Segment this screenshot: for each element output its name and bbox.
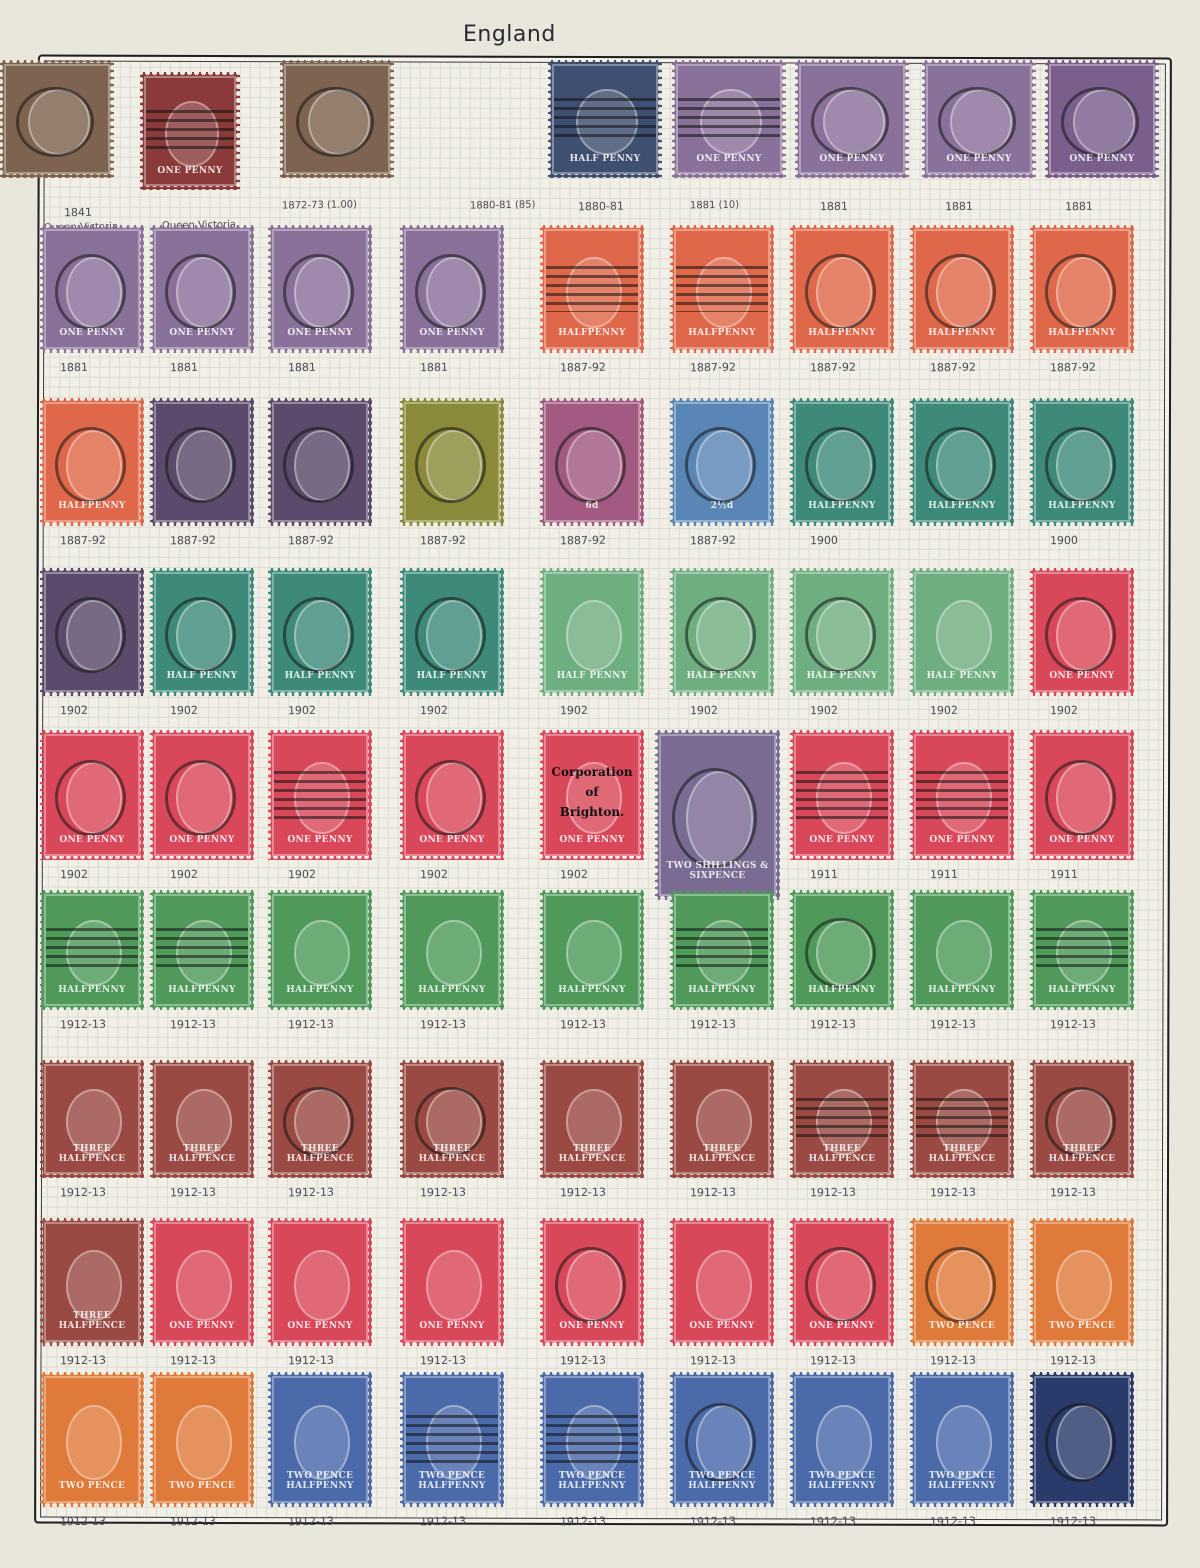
stamp-design: ONE PENNY: [44, 229, 140, 349]
stamp: HALF PENNY: [910, 568, 1014, 696]
stamp-year-label: 1912-13: [170, 1515, 216, 1529]
stamp-design: ONE PENNY: [1034, 572, 1130, 692]
stamp-year-label: 1881 (10): [690, 200, 739, 212]
stamp-design: ONE PENNY: [154, 1222, 250, 1342]
stamp-year-label: 1912-13: [690, 1018, 736, 1032]
postmark-ring-icon: [415, 427, 485, 503]
monarch-portrait-icon: [426, 920, 482, 987]
stamp: ONE PENNY: [268, 1218, 372, 1346]
monarch-portrait-icon: [1056, 1250, 1112, 1321]
stamp-denomination: ONE PENNY: [156, 1321, 248, 1331]
stamp-year-label: 1912-13: [810, 1354, 856, 1368]
stamp-design: ONE PENNY: [154, 734, 250, 856]
stamp-year-label: 1912-13: [560, 1515, 606, 1529]
stamp: ONE PENNY: [790, 730, 894, 860]
stamp: ONE PENNY: [400, 225, 504, 353]
stamp: HALFPENNY: [540, 890, 644, 1010]
stamp: ONE PENNY: [150, 730, 254, 860]
stamp-denomination: ONE PENNY: [406, 328, 498, 338]
stamp-year-label: 1902: [288, 704, 316, 717]
postmark-ring-icon: [165, 760, 235, 837]
stamp: THREE HALFPENCE: [910, 1060, 1014, 1178]
stamp-year-label: 1912-13: [690, 1186, 736, 1200]
monarch-portrait-icon: [294, 920, 350, 987]
stamp-denomination: HALFPENNY: [916, 328, 1008, 338]
stamp-denomination: THREE HALFPENCE: [546, 1144, 638, 1164]
stamp-denomination: ONE PENNY: [678, 154, 780, 164]
stamp-denomination: HALF PENNY: [916, 671, 1008, 681]
stamp-year-label: 1880-81 (85): [470, 199, 536, 211]
postmark-ring-icon: [925, 254, 995, 330]
stamp-denomination: THREE HALFPENCE: [406, 1144, 498, 1164]
stamp-design: ONE PENNY: [544, 1222, 640, 1342]
stamp-denomination: ONE PENNY: [274, 835, 366, 845]
stamp-year-label: 1912-13: [560, 1354, 606, 1368]
stamp-year-label: 1881: [945, 200, 973, 213]
stamp-year-label: 1887-92: [560, 361, 606, 375]
postmark-ring-icon: [1045, 427, 1115, 503]
stamp-design: THREE HALFPENCE: [272, 1064, 368, 1174]
stamp: HALFPENNY: [400, 890, 504, 1010]
stamp-denomination: HALFPENNY: [1036, 985, 1128, 995]
stamp: ONE PENNY: [40, 225, 144, 353]
monarch-portrait-icon: [294, 1405, 350, 1480]
stamp-design: ONE PENNY: [272, 734, 368, 856]
stamp-year-label: 1912-13: [288, 1354, 334, 1368]
stamp-design: HALFPENNY: [154, 894, 250, 1006]
stamp: TWO PENCE HALFPENNY: [790, 1372, 894, 1507]
stamp: HALFPENNY: [910, 890, 1014, 1010]
stamp: HALFPENNY: [910, 225, 1014, 353]
stamp: ONE PENNY: [150, 1218, 254, 1346]
stamp-design: HALFPENNY: [914, 402, 1010, 522]
stamp-denomination: HALFPENNY: [46, 985, 138, 995]
postmark-bars-icon: [676, 266, 768, 312]
stamp-year-label: 1912-13: [1050, 1018, 1096, 1032]
stamp-year-label: 1912-13: [60, 1018, 106, 1032]
monarch-portrait-icon: [176, 1405, 232, 1480]
stamp-denomination: TWO SHILLINGS & SIXPENCE: [661, 861, 774, 881]
postmark-ring-icon: [1045, 597, 1115, 673]
postmark-ring-icon: [165, 427, 235, 503]
postmark-ring-icon: [283, 427, 353, 503]
stamp: ONE PENNY: [400, 1218, 504, 1346]
stamp: HALFPENNY: [1030, 225, 1134, 353]
postmark-bars-icon: [916, 771, 1008, 818]
stamp-design: ONE PENNY: [272, 229, 368, 349]
stamp-design: HALFPENNY: [1034, 402, 1130, 522]
postmark-ring-icon: [55, 254, 125, 330]
monarch-portrait-icon: [936, 600, 992, 671]
stamp: ONE PENNY: [1030, 730, 1134, 860]
stamp-design: TWO PENCE HALFPENNY: [794, 1376, 890, 1503]
stamp-year-label: 1881: [820, 200, 848, 213]
stamp-year-label: 1887-92: [170, 534, 216, 548]
stamp-design: HALF PENNY: [552, 64, 658, 174]
stamp-denomination: HALFPENNY: [676, 985, 768, 995]
monarch-portrait-icon: [936, 920, 992, 987]
postmark-ring-icon: [55, 760, 125, 837]
stamp-design: [154, 402, 250, 522]
stamp-denomination: THREE HALFPENCE: [46, 1311, 138, 1331]
stamp-denomination: THREE HALFPENCE: [676, 1144, 768, 1164]
stamp-design: HALFPENNY: [674, 894, 770, 1006]
stamp-design: ONE PENNY: [794, 1222, 890, 1342]
stamp-design: HALFPENNY: [272, 894, 368, 1006]
stamp-design: THREE HALFPENCE: [404, 1064, 500, 1174]
stamp-denomination: THREE HALFPENCE: [46, 1144, 138, 1164]
stamp-design: ONE PENNY: [794, 734, 890, 856]
postmark-bars-icon: [676, 928, 768, 971]
stamp-denomination: HALF PENNY: [554, 154, 656, 164]
stamp-denomination: ONE PENNY: [1051, 154, 1153, 164]
stamp-year-label: 1912-13: [420, 1186, 466, 1200]
postmark-bars-icon: [554, 98, 656, 140]
stamp-design: [272, 402, 368, 522]
stamp-year-label: 1902: [810, 704, 838, 717]
stamp: [150, 398, 254, 526]
stamp-denomination: TWO PENCE HALFPENNY: [916, 1471, 1008, 1491]
monarch-portrait-icon: [566, 600, 622, 671]
stamp-denomination: HALFPENNY: [796, 501, 888, 511]
stamp-design: [4, 64, 110, 174]
stamp-year-label: 1887-92: [690, 534, 736, 548]
monarch-portrait-icon: [936, 1405, 992, 1480]
postmark-ring-icon: [1061, 87, 1138, 157]
stamp-denomination: ONE PENNY: [801, 154, 903, 164]
stamp-denomination: TWO PENCE: [46, 1481, 138, 1491]
stamp: TWO PENCE: [150, 1372, 254, 1507]
stamp-denomination: ONE PENNY: [274, 328, 366, 338]
stamp: TWO SHILLINGS & SIXPENCE: [655, 730, 780, 900]
stamp-denomination: ONE PENNY: [146, 166, 234, 176]
stamp-design: [44, 572, 140, 692]
postmark-ring-icon: [165, 597, 235, 673]
stamp: ONE PENNY: [1030, 568, 1134, 696]
postmark-ring-icon: [55, 427, 125, 503]
stamp: ONE PENNY: [400, 730, 504, 860]
stamp-denomination: TWO PENCE HALFPENNY: [796, 1471, 888, 1491]
stamp-design: HALF PENNY: [404, 572, 500, 692]
stamp-year-label: 1912-13: [170, 1186, 216, 1200]
postmark-ring-icon: [555, 1247, 625, 1323]
postmark-bars-icon: [274, 771, 366, 818]
stamp-year-label: 1841: [64, 206, 92, 219]
stamp-year-label: 1912-13: [420, 1354, 466, 1368]
stamp-design: TWO PENCE HALFPENNY: [544, 1376, 640, 1503]
postmark-bars-icon: [146, 110, 234, 152]
stamp-denomination: ONE PENNY: [546, 835, 638, 845]
stamp-denomination: HALFPENNY: [546, 985, 638, 995]
stamp-design: HALFPENNY: [914, 229, 1010, 349]
stamp: ONE PENNY: [790, 1218, 894, 1346]
postmark-ring-icon: [415, 597, 485, 673]
postmark-bars-icon: [406, 1415, 498, 1464]
stamp-denomination: HALFPENNY: [406, 985, 498, 995]
stamp-year-label: 1902: [420, 868, 448, 881]
monarch-portrait-icon: [176, 1250, 232, 1321]
stamp-denomination: HALFPENNY: [46, 501, 138, 511]
page-title: England: [463, 22, 556, 47]
stamp-design: HALFPENNY: [44, 402, 140, 522]
stamp-year-label: 1912-13: [420, 1018, 466, 1032]
postmark-ring-icon: [925, 427, 995, 503]
stamp-denomination: HALFPENNY: [1036, 328, 1128, 338]
stamp-denomination: ONE PENNY: [546, 1321, 638, 1331]
stamp: [0, 60, 114, 178]
stamp-year-label: 1912-13: [288, 1018, 334, 1032]
stamp-year-label: 1887-92: [690, 361, 736, 375]
stamp-denomination: ONE PENNY: [1036, 671, 1128, 681]
stamp-year-label: 1902: [288, 868, 316, 881]
stamp-design: TWO PENCE: [44, 1376, 140, 1503]
stamp-year-label: 1902: [690, 704, 718, 717]
stamp-denomination: TWO PENCE HALFPENNY: [546, 1471, 638, 1491]
stamp: TWO PENCE: [40, 1372, 144, 1507]
stamp-year-label: 1911: [930, 868, 958, 881]
stamp-year-label: 1887-92: [60, 534, 106, 548]
stamp-year-label: 1900: [810, 534, 838, 547]
stamp: HALFPENNY: [540, 225, 644, 353]
stamp: HALFPENNY: [790, 890, 894, 1010]
stamp-denomination: TWO PENCE: [916, 1321, 1008, 1331]
stamp: THREE HALFPENCE: [40, 1218, 144, 1346]
stamp-design: ONE PENNY: [926, 64, 1032, 174]
stamp-denomination: ONE PENNY: [406, 835, 498, 845]
stamp-design: HALFPENNY: [44, 894, 140, 1006]
stamp-design: HALFPENNY: [914, 894, 1010, 1006]
stamp-year-label: 1912-13: [810, 1186, 856, 1200]
stamp-year-label: 1902: [420, 704, 448, 717]
stamp-design: TWO PENCE: [154, 1376, 250, 1503]
postmark-bars-icon: [156, 928, 248, 971]
stamp: THREE HALFPENCE: [540, 1060, 644, 1178]
monarch-portrait-icon: [294, 1250, 350, 1321]
stamp-design: ONE PENNY: [144, 76, 236, 186]
postmark-ring-icon: [55, 597, 125, 673]
stamp-year-label: 1887-92: [810, 361, 856, 375]
stamp-design: [284, 64, 390, 174]
stamp: ONE PENNY: [150, 225, 254, 353]
stamp-denomination: ONE PENNY: [274, 1321, 366, 1331]
stamp: [1030, 1372, 1134, 1507]
stamp-overprint: CorporationofBrighton.: [550, 762, 634, 822]
stamp-year-label: 1887-92: [930, 361, 976, 375]
stamp-design: TWO PENCE HALFPENNY: [674, 1376, 770, 1503]
postmark-bars-icon: [546, 266, 638, 312]
stamp-design: TWO PENCE HALFPENNY: [404, 1376, 500, 1503]
stamp-design: THREE HALFPENCE: [794, 1064, 890, 1174]
stamp: ONE PENNY: [672, 60, 786, 178]
stamp-denomination: 6d: [546, 501, 638, 511]
stamp-design: HALF PENNY: [914, 572, 1010, 692]
stamp-denomination: ONE PENNY: [1036, 835, 1128, 845]
stamp: TWO PENCE: [910, 1218, 1014, 1346]
stamp-design: ONE PENNY: [404, 734, 500, 856]
postmark-ring-icon: [685, 597, 755, 673]
stamp: HALFPENNY: [670, 890, 774, 1010]
stamp-denomination: ONE PENNY: [156, 835, 248, 845]
postmark-bars-icon: [546, 1415, 638, 1464]
stamp-design: ONE PENNY: [1034, 734, 1130, 856]
stamp-design: ONE PENNY: [1049, 64, 1155, 174]
stamp-design: THREE HALFPENCE: [154, 1064, 250, 1174]
stamp-denomination: ONE PENNY: [156, 328, 248, 338]
stamp-denomination: HALF PENNY: [546, 671, 638, 681]
stamp: HALFPENNY: [40, 890, 144, 1010]
stamp-year-label: 1912-13: [288, 1186, 334, 1200]
postmark-ring-icon: [1045, 1403, 1115, 1483]
stamp-denomination: THREE HALFPENCE: [796, 1144, 888, 1164]
stamp: HALFPENNY: [150, 890, 254, 1010]
stamp-year-label: 1881: [420, 361, 448, 374]
stamp-denomination: ONE PENNY: [46, 328, 138, 338]
stamp-design: CorporationofBrighton.ONE PENNY: [544, 734, 640, 856]
stamp: ONE PENNY: [540, 1218, 644, 1346]
postmark-ring-icon: [1045, 254, 1115, 330]
stamp-year-label: 1880-81: [578, 200, 624, 214]
stamp-design: HALF PENNY: [154, 572, 250, 692]
stamp-year-label: 1911: [1050, 868, 1078, 881]
monarch-portrait-icon: [816, 1405, 872, 1480]
stamp: [40, 568, 144, 696]
stamp: [400, 398, 504, 526]
stamp-year-label: 1887-92: [420, 534, 466, 548]
stamp-denomination: ONE PENNY: [46, 835, 138, 845]
postmark-ring-icon: [415, 254, 485, 330]
stamp-denomination: ONE PENNY: [406, 1321, 498, 1331]
monarch-portrait-icon: [66, 1405, 122, 1480]
stamp: TWO PENCE: [1030, 1218, 1134, 1346]
stamp-denomination: ONE PENNY: [916, 835, 1008, 845]
stamp-year-label: 1912-13: [1050, 1515, 1096, 1529]
stamp-design: TWO SHILLINGS & SIXPENCE: [659, 734, 776, 896]
stamp-year-label: 1902: [930, 704, 958, 717]
postmark-bars-icon: [796, 771, 888, 818]
stamp-year-label: 1912-13: [930, 1515, 976, 1529]
stamp-year-label: 1902: [560, 704, 588, 717]
stamp-design: ONE PENNY: [914, 734, 1010, 856]
postmark-ring-icon: [805, 427, 875, 503]
stamp-design: ONE PENNY: [674, 1222, 770, 1342]
monarch-portrait-icon: [696, 1250, 752, 1321]
stamp: HALF PENNY: [670, 568, 774, 696]
stamp-year-label: 1902: [60, 704, 88, 717]
stamp: THREE HALFPENCE: [790, 1060, 894, 1178]
stamp: TWO PENCE HALFPENNY: [670, 1372, 774, 1507]
stamp: THREE HALFPENCE: [40, 1060, 144, 1178]
stamp-denomination: THREE HALFPENCE: [274, 1144, 366, 1164]
stamp: ONE PENNY: [910, 730, 1014, 860]
stamp: TWO PENCE HALFPENNY: [268, 1372, 372, 1507]
stamp-design: ONE PENNY: [44, 734, 140, 856]
stamp-denomination: TWO PENCE: [156, 1481, 248, 1491]
postmark-ring-icon: [685, 427, 755, 503]
stamp-design: HALF PENNY: [674, 572, 770, 692]
postmark-ring-icon: [672, 768, 757, 869]
stamp-denomination: THREE HALFPENCE: [916, 1144, 1008, 1164]
stamp-year-label: 1912-13: [560, 1186, 606, 1200]
stamp: ONE PENNY: [795, 60, 909, 178]
stamp-denomination: HALFPENNY: [156, 985, 248, 995]
stamp-denomination: HALFPENNY: [274, 985, 366, 995]
stamp: [268, 398, 372, 526]
postmark-ring-icon: [296, 87, 373, 157]
stamp-design: HALFPENNY: [794, 229, 890, 349]
stamp-denomination: TWO PENCE HALFPENNY: [274, 1471, 366, 1491]
stamp: HALFPENNY: [910, 398, 1014, 526]
stamp: HALFPENNY: [790, 225, 894, 353]
stamp: ONE PENNY: [922, 60, 1036, 178]
stamp-design: TWO PENCE: [914, 1222, 1010, 1342]
stamp-design: HALFPENNY: [1034, 229, 1130, 349]
stamp-year-label: 1912-13: [60, 1515, 106, 1529]
stamp-design: HALFPENNY: [794, 402, 890, 522]
stamp-year-label: 1902: [1050, 704, 1078, 717]
stamp-denomination: ONE PENNY: [796, 1321, 888, 1331]
stamp: HALFPENNY: [1030, 890, 1134, 1010]
stamp-design: ONE PENNY: [404, 1222, 500, 1342]
stamp-design: THREE HALFPENCE: [44, 1222, 140, 1342]
stamp: HALF PENNY: [400, 568, 504, 696]
stamp-denomination: ONE PENNY: [928, 154, 1030, 164]
stamp-denomination: HALFPENNY: [796, 328, 888, 338]
stamp: ONE PENNY: [1045, 60, 1159, 178]
stamp-design: HALFPENNY: [794, 894, 890, 1006]
stamp-year-label: 1912-13: [930, 1186, 976, 1200]
stamp: [280, 60, 394, 178]
stamp-year-label: 1881: [1065, 200, 1093, 213]
postmark-ring-icon: [1045, 760, 1115, 837]
stamp-year-label: 1912-13: [560, 1018, 606, 1032]
stamp-denomination: TWO PENCE HALFPENNY: [676, 1471, 768, 1491]
monarch-portrait-icon: [426, 1250, 482, 1321]
stamp: THREE HALFPENCE: [400, 1060, 504, 1178]
stamp-design: HALF PENNY: [544, 572, 640, 692]
stamp-denomination: HALF PENNY: [156, 671, 248, 681]
stamp-denomination: HALF PENNY: [406, 671, 498, 681]
stamp-design: HALFPENNY: [544, 229, 640, 349]
stamp-year-label: 1912-13: [690, 1354, 736, 1368]
stamp: HALFPENNY: [268, 890, 372, 1010]
stamp-year-label: 1872-73 (1.00): [282, 199, 357, 211]
stamp-year-label: 1902: [60, 868, 88, 881]
stamp-design: HALFPENNY: [544, 894, 640, 1006]
stamp-design: ONE PENNY: [272, 1222, 368, 1342]
stamp: HALF PENNY: [790, 568, 894, 696]
postmark-ring-icon: [165, 254, 235, 330]
stamp: HALFPENNY: [1030, 398, 1134, 526]
stamp-year-label: 1881: [60, 361, 88, 374]
stamp-year-label: 1912-13: [690, 1515, 736, 1529]
stamp-design: THREE HALFPENCE: [1034, 1064, 1130, 1174]
stamp: CorporationofBrighton.ONE PENNY: [540, 730, 644, 860]
stamp-denomination: HALFPENNY: [546, 328, 638, 338]
stamp: ONE PENNY: [268, 225, 372, 353]
stamp: ONE PENNY: [140, 72, 240, 190]
stamp-design: THREE HALFPENCE: [914, 1064, 1010, 1174]
stamp: THREE HALFPENCE: [150, 1060, 254, 1178]
postmark-ring-icon: [555, 427, 625, 503]
stamp-denomination: ONE PENNY: [676, 1321, 768, 1331]
stamp: HALF PENNY: [548, 60, 662, 178]
stamp-year-label: 1902: [560, 868, 588, 881]
stamp-design: THREE HALFPENCE: [44, 1064, 140, 1174]
postmark-ring-icon: [805, 254, 875, 330]
stamp-denomination: HALFPENNY: [916, 985, 1008, 995]
stamp-design: HALFPENNY: [674, 229, 770, 349]
stamp-design: 2½d: [674, 402, 770, 522]
